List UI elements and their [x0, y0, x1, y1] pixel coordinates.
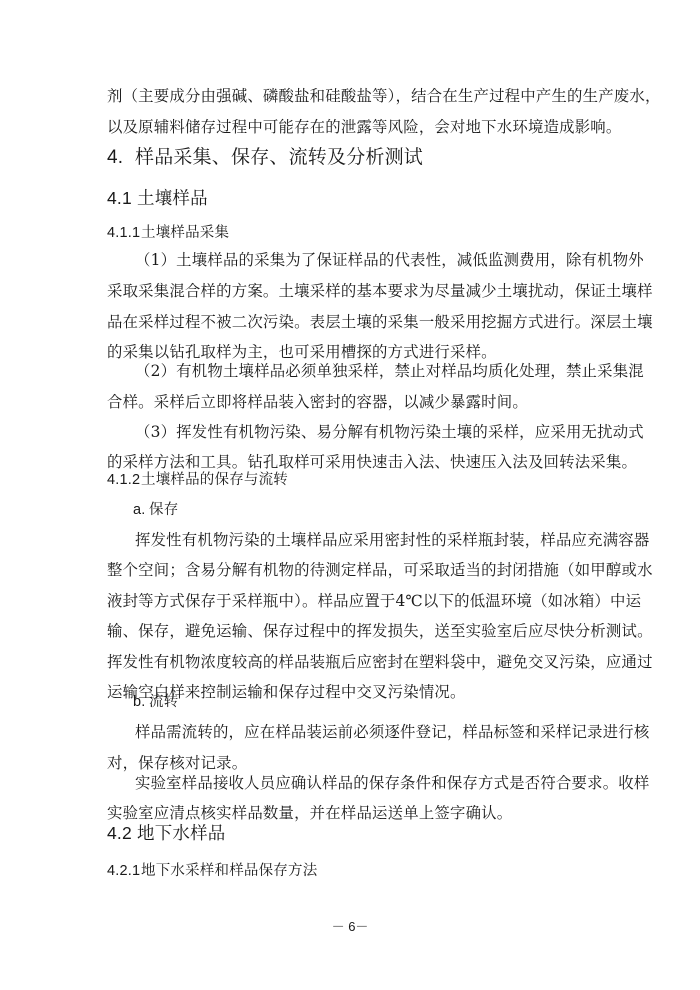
section-heading-4-1: 4.1土壤样品 [107, 188, 593, 209]
body-text-line: 采取采集混合样的方案。土壤采样的基本要求为尽量减少土壤扰动，保证土壤样 [107, 281, 593, 301]
body-text-line: 挥发性有机物污染的土壤样品应采用密封性的采样瓶封装，样品应充满容器 [135, 530, 593, 550]
body-text-line: 样品需流转的，应在样品装运前必须逐件登记，样品标签和采样记录进行核 [135, 722, 593, 742]
section-title: 样品采集、保存、流转及分析测试 [135, 146, 423, 168]
section-number: 4. [107, 148, 135, 168]
page-number: － 6－ [0, 916, 700, 935]
subsection-letter: a. [133, 500, 149, 520]
section-heading-4-2-1: 4.2.1地下水采样和样品保存方法 [107, 861, 593, 881]
section-number: 4.2 [107, 823, 137, 843]
subsection-title: 流转 [149, 694, 178, 710]
section-number: 4.2.1 [107, 861, 141, 881]
body-text-line: 对，保存核对记录。 [107, 753, 593, 773]
body-text-line: （1）土壤样品的采集为了保证样品的代表性，减低监测费用，除有机物外 [135, 250, 593, 270]
body-text-line: 以及原辅料储存过程中可能存在的泄露等风险，会对地下水环境造成影响。 [107, 117, 593, 137]
section-title: 地下水样品 [137, 824, 226, 844]
body-text-line: 的采集以钻孔取样为主，也可采用槽探的方式进行采样。 [107, 342, 593, 362]
subsection-a-heading: a.保存 [133, 500, 619, 520]
body-text-line: 剂（主要成分由强碱、磷酸盐和硅酸盐等），结合在生产过程中产生的生产废水， [107, 86, 593, 106]
section-title: 土壤样品 [137, 189, 208, 209]
body-text-line: 输、保存，避免运输、保存过程中的挥发损失，送至实验室后应尽快分析测试。 [107, 621, 593, 641]
section-heading-4-1-1: 4.1.1土壤样品采集 [107, 223, 593, 243]
body-text-line: （3）挥发性有机物污染、易分解有机物污染土壤的采样，应采用无扰动式 [135, 422, 593, 442]
body-text-line: 实验室样品接收人员应确认样品的保存条件和保存方式是否符合要求。收样 [135, 773, 593, 793]
section-number: 4.1.1 [107, 223, 141, 243]
section-title: 地下水采样和样品保存方法 [141, 863, 317, 879]
subsection-b-heading: b.流转 [133, 692, 619, 712]
body-text-line: 的采样方法和工具。钻孔取样可采用快速击入法、快速压入法及回转法采集。 [107, 452, 593, 472]
body-text-line: 液封等方式保存于采样瓶中）。样品应置于4℃以下的低温环境（如冰箱）中运 [107, 591, 593, 611]
subsection-letter: b. [133, 692, 149, 712]
section-number: 4.1.2 [107, 470, 141, 490]
section-title: 土壤样品采集 [141, 225, 229, 241]
section-number: 4.1 [107, 188, 137, 208]
section-heading-4: 4.样品采集、保存、流转及分析测试 [107, 147, 593, 168]
body-text-line: （2）有机物土壤样品必须单独采样，禁止对样品均质化处理，禁止采集混 [135, 361, 593, 381]
subsection-title: 保存 [149, 502, 178, 518]
body-text-line: 实验室应清点核实样品数量，并在样品运送单上签字确认。 [107, 803, 593, 823]
section-heading-4-2: 4.2地下水样品 [107, 823, 593, 844]
body-text-line: 挥发性有机物浓度较高的样品装瓶后应密封在塑料袋中，避免交叉污染，应通过 [107, 652, 593, 672]
body-text-line: 品在采样过程不被二次污染。表层土壤的采集一般采用挖掘方式进行。深层土壤 [107, 312, 593, 332]
body-text-line: 整个空间；含易分解有机物的待测定样品，可采取适当的封闭措施（如甲醇或水 [107, 560, 593, 580]
section-heading-4-1-2: 4.1.2土壤样品的保存与流转 [107, 470, 593, 490]
body-text-line: 合样。采样后立即将样品装入密封的容器，以减少暴露时间。 [107, 392, 593, 412]
section-title: 土壤样品的保存与流转 [141, 472, 288, 488]
